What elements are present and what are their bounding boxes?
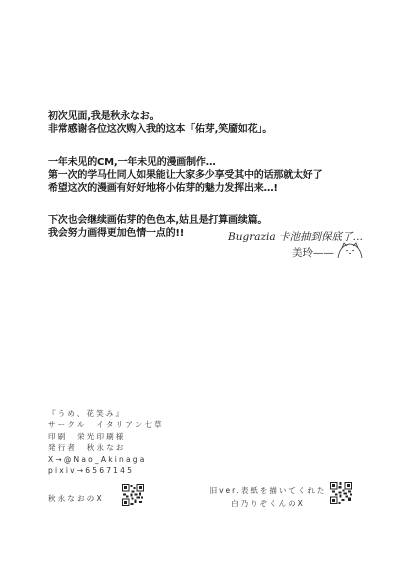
text-line: 第一次的学马仕同人如果能让大家多少享受其中的话那就太好了 (48, 169, 322, 182)
text-line: 一年未见的CM,一年未见的漫画制作… (48, 156, 322, 169)
afterword-paragraph-1: 初次见面,我是秋永なお。 非常感谢各位这次购入我的这本「佑芽,笑靥如花」。 (48, 110, 272, 136)
book-title: 『うめ、花笑み』 (48, 408, 164, 419)
qr-code-icon[interactable] (122, 484, 144, 506)
text-line: 白乃りぞくんのX (208, 497, 328, 510)
text-line: 希望这次的漫画有好好地将小佑芽的魅力发挥出来…! (48, 182, 322, 195)
handwritten-note-line-2: 美玲—— (292, 245, 334, 260)
qr-right-label: 旧ver.表紙を描いてくれた 白乃りぞくんのX (208, 484, 328, 510)
publisher: 発行者 秋永なお (48, 442, 164, 453)
cat-doodle-icon (336, 241, 364, 259)
circle-name: サークル イタリアン七草 (48, 419, 164, 430)
afterword-paragraph-2: 一年未见的CM,一年未见的漫画制作… 第一次的学马仕同人如果能让大家多少享受其中… (48, 156, 322, 195)
text-line: 初次见面,我是秋永なお。 (48, 110, 272, 123)
colophon: 『うめ、花笑み』 サークル イタリアン七草 印刷 栄光印刷様 発行者 秋永なお … (48, 408, 164, 476)
qr-left-label: 秋永なおのX (48, 493, 104, 504)
text-line: 旧ver.表紙を描いてくれた (208, 484, 328, 497)
text-line: 非常感谢各位这次购入我的这本「佑芽,笑靥如花」。 (48, 123, 272, 136)
qr-code-icon[interactable] (330, 482, 352, 504)
pixiv-id: pixiv→6567145 (48, 465, 164, 476)
x-handle: X→@Nao_Akinaga (48, 454, 164, 465)
printer: 印刷 栄光印刷様 (48, 431, 164, 442)
text-line: 下次也会继续画佑芽的色色本,姑且是打算画续篇。 (48, 214, 267, 227)
